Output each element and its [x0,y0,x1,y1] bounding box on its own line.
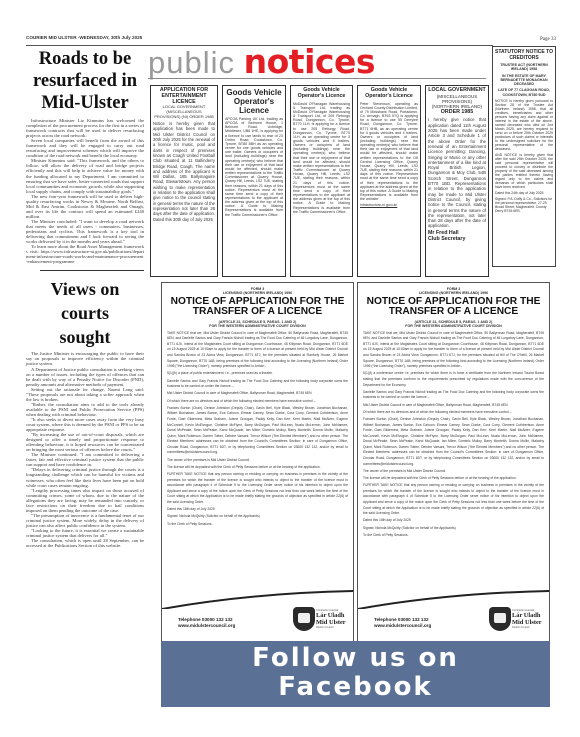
notice-link[interactable]: infrastructure-ni.gov.uk/ [360,203,418,207]
notice-para-2: AND NOTICE is hereby given that after th… [495,153,553,189]
public-notices-banner: public notices [148,47,486,77]
council-contact: Telephone 03000 132 132 www.midulstercou… [178,617,235,629]
logo-district: District Council [316,626,349,629]
notice-signed: Signed: P.A. Duffy & Co., Solicitors for… [495,197,553,213]
website-link[interactable]: www.midulstercouncil.org [178,623,235,629]
division-label: FOR THE WESTERN ADMINISTRATIVE COURT DIV… [162,324,353,328]
paragraph: Mid Ulster District Council in care of M… [167,391,348,397]
paragraph: The Minister continued: "I am committed … [26,452,144,467]
notice-title: APPLICATION FOR ENTERTAINMENT LICENCE [153,88,215,105]
notice-subtitle: (MISCELLANEOUS PROVISIONS) (NORTHERN IRE… [428,94,486,110]
notice-body: TAKE NOTICE that we, Mid Ulster District… [358,331,549,539]
notice-role: Club Secretary [428,237,486,243]
paragraph: The owner of the premises is Mid Ulster … [167,458,348,464]
logo-district: District Council [512,626,545,629]
banner-word-notices: notices [244,42,375,81]
notice-order: ORDER 1985 [428,110,486,116]
paragraph: The licence will be deposited with the C… [167,465,348,471]
paragraph: The Minister concluded: "I want to devel… [26,219,144,244]
paragraph: To the Clerk of Petty Sessions. [167,522,348,528]
logo-english-name: Mid Ulster [512,619,545,626]
paragraph: The new four-year framework will be used… [26,194,144,219]
logo-irish-name: Lár Uladh [316,612,349,619]
swoosh-decoration [358,589,550,609]
notice-goods-vehicle-stevenson: Goods Vehicle Operator's Licence Peter S… [357,85,421,277]
paragraph: To the Clerk of Petty Sessions. [363,533,544,539]
article-headline-roads: Roads to be resurfaced in Mid-Ulster [26,48,144,114]
facebook-banner[interactable]: Follow us on Facebook [161,641,550,707]
article-divider [40,270,144,271]
paragraph: "It also seeks to divert more cases away… [26,417,144,432]
notice-entertainment-licence: APPLICATION FOR ENTERTAINMENT LICENCE LO… [150,85,218,277]
notice-title: STATUTORY NOTICE TO CREDITORS [495,49,553,61]
council-contact: Telephone 03000 132 132 www.midulstercou… [374,617,431,629]
notice-goods-vehicle-mcdavid: Goods Vehicle Operator's Licence McDavid… [290,85,353,277]
paragraph: Seven local companies will benefit from … [26,138,144,158]
paragraph: Frances Burton (Chair), Denise Johnston … [167,406,348,456]
notice-local-government: LOCAL GOVERNMENT (MISCELLANEOUS PROVISIO… [425,85,489,277]
notice-body: Notice is hereby given that application … [153,121,215,222]
paragraph: TAKE NOTICE that we, Mid Ulster District… [363,331,544,370]
swoosh-decoration [162,589,354,609]
logo-irish-name: Lár Uladh [512,612,545,619]
paragraph: Dated this 18th day of July 2025 [167,507,348,513]
council-footer: Telephone 03000 132 132 www.midulstercou… [162,589,353,641]
paragraph: 5(1)(f) a conference centre i.e. premise… [363,371,544,388]
paragraph: "By increasing the use of out-of-court d… [26,432,144,452]
notice-body: APCOA Parking UK Ltd, trading as APCOA o… [225,117,283,217]
facebook-banner-line1: Follow us on [161,644,550,673]
banner-rule [148,78,486,79]
notice-late-of: LATE OF 77 CLAGGAN ROAD, COOKSTOWN, BT80… [495,88,553,97]
paragraph: Danielle Santos and Gary Francis Nicholl… [363,390,544,401]
paragraph: 5(1)(h) a place of public entertainment,… [167,371,348,377]
logo-english-name: Mid Ulster [316,619,349,626]
notice-body: Peter Stevenson, operating as Orchard Co… [360,102,418,202]
paragraph: The consultation, which is open until 28… [26,538,144,548]
paragraph: "Looking to the future, it is essential … [26,528,144,538]
article-body-courts: The Justice Minister is encouraging the … [26,351,144,548]
notice-dated: Dated this 24th day of July 2025. [495,191,553,195]
notice-estate: IN THE ESTATE OF MARY BERNADETTE MONAGHA… [495,74,553,87]
paragraph: "Lengthy processing times also impact on… [26,488,144,513]
paragraph-link[interactable]: To learn more about the Road Asset Manag… [26,244,144,264]
notice-title: NOTICE OF APPLICATION FOR THE TRANSFER O… [360,297,547,318]
facebook-banner-line2: Facebook [161,673,550,702]
paragraph: Dated this 18th day of July 2025 [363,518,544,524]
paragraph: Minister Kimmins said: "This framework, … [26,158,144,193]
banner-word-public: public [148,45,235,80]
council-footer: Telephone 03000 132 132 www.midulstercou… [358,589,549,641]
paragraph: Signed: Nichola McQuitty (Solicitor on b… [167,514,348,520]
notice-act: TRUSTEE ACT (NORTHERN IRELAND) 1958 [495,63,553,72]
paragraph: Frances Burton (Chair), Denise Johnston … [363,417,544,467]
paragraph: "Delays in delivering criminal justice t… [26,467,144,487]
paragraph: Of which there are no directors and of w… [363,410,544,416]
division-label: FOR THE WESTERN ADMINISTRATIVE COURT DIV… [358,324,549,328]
statutory-notice-creditors: STATUTORY NOTICE TO CREDITORS TRUSTEE AC… [492,46,556,267]
paragraph: "Rather, the consultation aims to add to… [26,402,144,417]
left-column: Roads to be resurfaced in Mid-Ulster Inf… [26,46,144,548]
paragraph: The owner of the premises is Mid Ulster … [363,469,544,475]
notice-title: Goods Vehicle Operator's Licence [225,88,283,115]
paragraph: "The presumption of innocence is a funda… [26,513,144,528]
paragraph: The Justice Minister is encouraging the … [26,351,144,366]
article-headline-courts: Views on courts sought [26,277,144,349]
notice-body: McDavid O'Flanagan Warehousing & Transpo… [293,102,350,214]
transfer-notice-left: FORM 3 LICENSING (NORTHERN IRELAND) 1996… [161,282,354,642]
website-link[interactable]: www.midulstercouncil.org [374,623,431,629]
notice-para-1: NOTICE is hereby given pursuant to Secti… [495,99,553,151]
paragraph: FURTHER TAKE NOTICE that any person owni… [363,483,544,517]
paragraph: TAKE NOTICE that we, Mid Ulster District… [167,331,348,370]
council-logo-text: Comhairle Ceantair Lár Uladh Mid Ulster … [512,609,545,629]
paragraph: Of which there are no directors and of w… [167,399,348,405]
paragraph: Mid Ulster District Council in care of M… [363,403,544,409]
page-number: Page 33 [540,37,556,42]
paragraph: Setting out the rationale for change, Na… [26,387,144,402]
notice-title: Goods Vehicle Operator's Licence [293,88,350,100]
paragraph: Signed: Nichola McQuitty (Solicitor on b… [363,526,544,532]
article-body-roads: Infrastructure Minister Liz Kimmins has … [26,118,144,264]
notice-goods-vehicle-apcoa: Goods Vehicle Operator's Licence APCOA P… [222,85,286,277]
notice-title: LOCAL GOVERNMENT [428,88,486,94]
masthead: COURIER MID ULSTER -WEDNESDAY, 30th July… [26,35,142,40]
telephone: Telephone 03000 132 132 [178,617,235,623]
paragraph: Infrastructure Minister Liz Kimmins has … [26,118,144,138]
council-crest-icon [293,607,315,631]
council-crest-icon [489,607,511,631]
paragraph: Danielle Santos and Gary Francis Nicholl… [167,379,348,390]
paragraph: A Department of Justice public consultat… [26,367,144,387]
notice-body: TAKE NOTICE that we, Mid Ulster District… [162,331,353,528]
notice-title: NOTICE OF APPLICATION FOR THE TRANSFER O… [164,297,351,318]
notice-body: I hereby give notice that application da… [428,117,486,228]
telephone: Telephone 03000 132 132 [374,617,431,623]
council-logo-text: Comhairle Ceantair Lár Uladh Mid Ulster … [316,609,349,629]
paragraph: FURTHER TAKE NOTICE that any person owni… [167,472,348,506]
notice-title: Goods Vehicle Operator's Licence [360,88,418,100]
paragraph: The licence will be deposited with the C… [363,476,544,482]
transfer-notice-right: FORM 3 LICENSING (NORTHERN IRELAND) 1996… [357,282,550,642]
notice-subtitle: LOCAL GOVERNMENT (MISCELLANEOUS PROVISIO… [153,105,215,119]
